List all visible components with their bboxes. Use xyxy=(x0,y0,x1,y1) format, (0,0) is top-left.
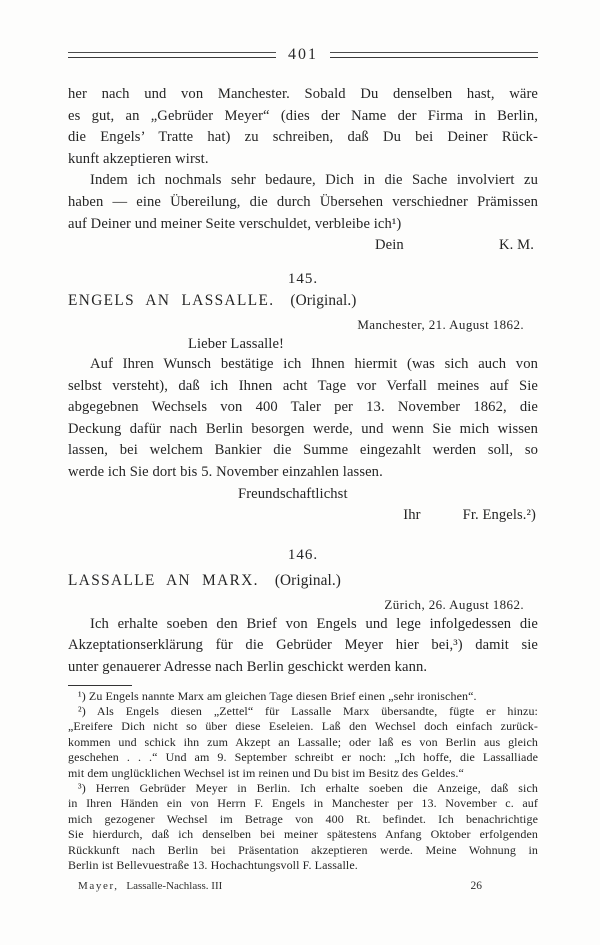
footnotes-block: ¹) Zu Engels nannte Marx am gleichen Tag… xyxy=(68,689,538,874)
text-line: unter genauerer Adresse nach Berlin gesc… xyxy=(68,657,538,679)
text-line: Ich erhalte soeben den Brief von Engels … xyxy=(68,614,538,636)
text-line: Deckung dafür nach Berlin besorgen werde… xyxy=(68,419,538,441)
footnote-2: ²) Als Engels diesen „Zettel“ für Lassal… xyxy=(68,704,538,781)
footnote-separator xyxy=(68,685,132,686)
text-line: haben — eine Übereilung, die durch Übers… xyxy=(68,192,538,214)
text-line: Indem ich nochmals sehr bedaure, Dich in… xyxy=(68,170,538,192)
footer-title: Lassalle-Nachlass. III xyxy=(126,880,222,892)
letter-145-heading-suffix: (Original.) xyxy=(290,292,356,309)
text-line: geschehen . . .“ Und am 9. September sch… xyxy=(68,750,538,765)
closing-line-km: Dein K. M. xyxy=(68,235,538,257)
text-line: Berlin ist Bellevuestraße 13. Hochachtun… xyxy=(68,858,538,873)
footer-volume-info: Mayer, Lassalle-Nachlass. III xyxy=(68,879,222,893)
footer-author: Mayer, xyxy=(78,880,119,892)
text-line: Akzeptationserklärung für die Gebrüder M… xyxy=(68,635,538,657)
text-line: mich gezogener Wechsel im Betrage von 40… xyxy=(68,812,538,827)
closing-dein: Dein xyxy=(375,235,404,257)
page-number: 401 xyxy=(276,46,330,64)
letter-145-closing: Freundschaftlichst Ihr Fr. Engels.²) xyxy=(68,484,538,527)
text-line: ³) Herren Gebrüder Meyer in Berlin. Ich … xyxy=(68,781,538,796)
letter-146-body: Ich erhalte soeben den Brief von Engels … xyxy=(68,614,538,679)
letter-145-salutation: Lieber Lassalle! xyxy=(188,334,538,354)
letter-146: 146. LASSALLE AN MARX. (Original.) Züric… xyxy=(68,545,538,679)
paragraph-continuation: her nach und von Manchester. Sobald Du d… xyxy=(68,84,538,170)
header-rule-left xyxy=(68,52,276,58)
text-line: her nach und von Manchester. Sobald Du d… xyxy=(68,84,538,106)
text-line: Rückkunft nach Berlin bei Präsentation a… xyxy=(68,843,538,858)
header-rule-right xyxy=(330,52,538,58)
letter-145-signature-row: Ihr Fr. Engels.²) xyxy=(68,505,538,527)
text-line: auf Deiner und meiner Seite verschuldet,… xyxy=(68,214,538,236)
running-head: 401 xyxy=(68,46,538,64)
closing-initials: K. M. xyxy=(499,235,534,257)
letter-145-dateline: Manchester, 21. August 1862. xyxy=(68,316,538,334)
text-line: selbst versteht), daß ich Ihnen acht Tag… xyxy=(68,376,538,398)
text-line: kommen und schick ihn zum Akzept an Lass… xyxy=(68,735,538,750)
footer-sheet-number: 26 xyxy=(471,879,483,893)
signature-name: Fr. Engels.²) xyxy=(463,505,536,527)
letter-145-heading: ENGELS AN LASSALLE. (Original.) xyxy=(68,290,538,312)
text-line: „Ereifere Dich nicht so über diese Esele… xyxy=(68,719,538,734)
main-text-block: her nach und von Manchester. Sobald Du d… xyxy=(68,84,538,679)
text-line: Auf Ihren Wunsch bestätige ich Ihnen hie… xyxy=(68,354,538,376)
text-line: ²) Als Engels diesen „Zettel“ für Lassal… xyxy=(68,704,538,719)
letter-146-heading: LASSALLE AN MARX. (Original.) xyxy=(68,570,538,592)
text-line: ¹) Zu Engels nannte Marx am gleichen Tag… xyxy=(68,689,538,704)
text-line: werde ich Sie dort bis 5. November einza… xyxy=(68,462,538,484)
book-page: 401 her nach und von Manchester. Sobald … xyxy=(0,0,600,945)
text-line: in Ihren Händen ein von Herrn F. Engels … xyxy=(68,796,538,811)
text-line: lassen, bei welchem Bankier die Summe ei… xyxy=(68,440,538,462)
letter-145-body: Auf Ihren Wunsch bestätige ich Ihnen hie… xyxy=(68,354,538,484)
footnote-1: ¹) Zu Engels nannte Marx am gleichen Tag… xyxy=(68,689,538,704)
paragraph-regret: Indem ich nochmals sehr bedaure, Dich in… xyxy=(68,170,538,235)
letter-145-closing-word: Freundschaftlichst xyxy=(238,484,538,506)
letter-146-heading-caps: LASSALLE AN MARX. xyxy=(68,572,259,589)
footnote-3: ³) Herren Gebrüder Meyer in Berlin. Ich … xyxy=(68,781,538,873)
letter-146-number: 146. xyxy=(68,545,538,567)
letter-146-heading-suffix: (Original.) xyxy=(275,572,341,589)
letter-145-heading-caps: ENGELS AN LASSALLE. xyxy=(68,292,274,309)
footer-row: Mayer, Lassalle-Nachlass. III 26 xyxy=(68,879,538,893)
text-line: es gut, an „Gebrüder Meyer“ (dies der Na… xyxy=(68,106,538,128)
signature-ihr: Ihr xyxy=(403,505,420,527)
text-line: Sie hierdurch, daß ich denselben bei mei… xyxy=(68,827,538,842)
text-line: abgegebnen Wechsels von 400 Taler per 13… xyxy=(68,397,538,419)
letter-145-number: 145. xyxy=(68,269,538,291)
text-line: kunft akzeptieren wirst. xyxy=(68,149,538,171)
letter-146-dateline: Zürich, 26. August 1862. xyxy=(68,596,538,614)
text-line: mit dem unglücklichen Wechsel ist im rei… xyxy=(68,766,538,781)
text-line: die Engels’ Tratte hat) zu schreiben, da… xyxy=(68,127,538,149)
